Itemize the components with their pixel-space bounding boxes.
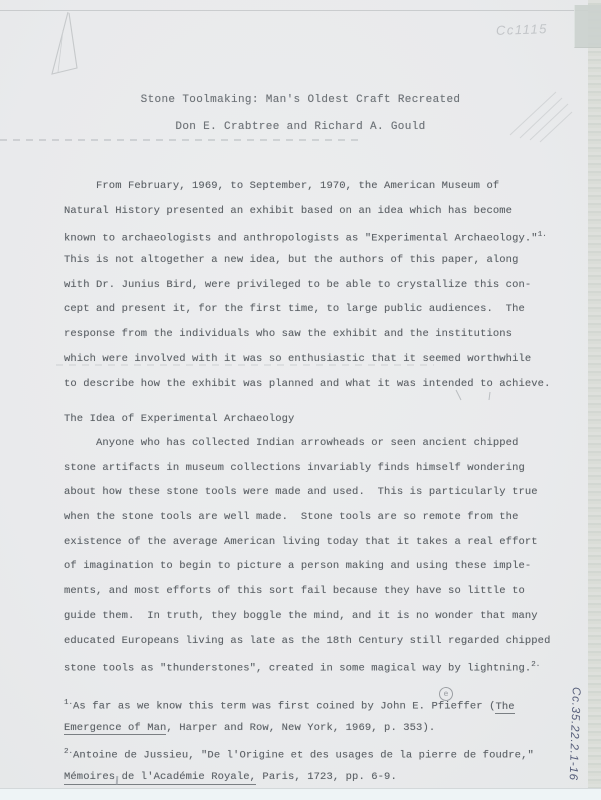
text-line: From February, 1969, to September, 1970,…	[64, 174, 550, 199]
text-line: This is not altogether a new idea, but t…	[64, 248, 550, 273]
scan-background-bottom	[0, 788, 601, 800]
text-line: known to archaeologists and anthropologi…	[64, 223, 550, 248]
pencil-catalog-number: Cc1115	[496, 21, 548, 38]
section-heading: The Idea of Experimental Archaeology	[64, 407, 294, 432]
text-line: 1.As far as we know this term was first …	[64, 691, 534, 716]
document-title: Stone Toolmaking: Man's Oldest Craft Rec…	[0, 87, 601, 114]
ink-catalog-number-vertical: Cc.35.22.2.1-16	[566, 687, 582, 795]
text-line: when the stone tools are well made. Ston…	[64, 505, 550, 530]
document-authors: Don E. Crabtree and Richard A. Gould	[0, 114, 601, 141]
text-line: Mémoires de l'Académie Royale, Paris, 17…	[64, 765, 534, 790]
pencil-triangle-mark	[52, 12, 77, 74]
text-line: with Dr. Junius Bird, were privileged to…	[64, 273, 550, 298]
text-line: Natural History presented an exhibit bas…	[64, 199, 550, 224]
text-line: stone tools as "thunderstones", created …	[64, 653, 550, 678]
pencil-stroke	[58, 30, 63, 72]
text-line: to describe how the exhibit was planned …	[64, 372, 550, 397]
text-line: response from the individuals who saw th…	[64, 322, 550, 347]
paper-corner-tab	[574, 5, 601, 48]
text-line: Emergence of Man, Harper and Row, New Yo…	[64, 716, 534, 741]
text-line: ments, and most efforts of this sort fai…	[64, 579, 550, 604]
text-line: guide them. In truth, they boggle the mi…	[64, 604, 550, 629]
text-line: about how these stone tools were made an…	[64, 480, 550, 505]
text-line: of imagination to begin to picture a per…	[64, 554, 550, 579]
title-block: Stone Toolmaking: Man's Oldest Craft Rec…	[0, 87, 601, 141]
text-line: Anyone who has collected Indian arrowhea…	[64, 431, 550, 456]
paragraph-experimental-archaeology: Anyone who has collected Indian arrowhea…	[64, 431, 550, 678]
text-line: existence of the average American living…	[64, 530, 550, 555]
scanned-paper-page: Stone Toolmaking: Man's Oldest Craft Rec…	[0, 0, 601, 800]
text-line: cept and present it, for the first time,…	[64, 297, 550, 322]
paper-top-edge	[0, 10, 601, 11]
footnotes-block: 1.As far as we know this term was first …	[64, 691, 534, 790]
text-line: which were involved with it was so enthu…	[64, 347, 550, 372]
text-line: stone artifacts in museum collections in…	[64, 456, 550, 481]
paragraph-intro: From February, 1969, to September, 1970,…	[64, 174, 550, 396]
section-heading-text: The Idea of Experimental Archaeology	[64, 413, 294, 425]
text-line: educated Europeans living as late as the…	[64, 629, 550, 654]
text-line: 2.Antoine de Jussieu, "De l'Origine et d…	[64, 740, 534, 765]
